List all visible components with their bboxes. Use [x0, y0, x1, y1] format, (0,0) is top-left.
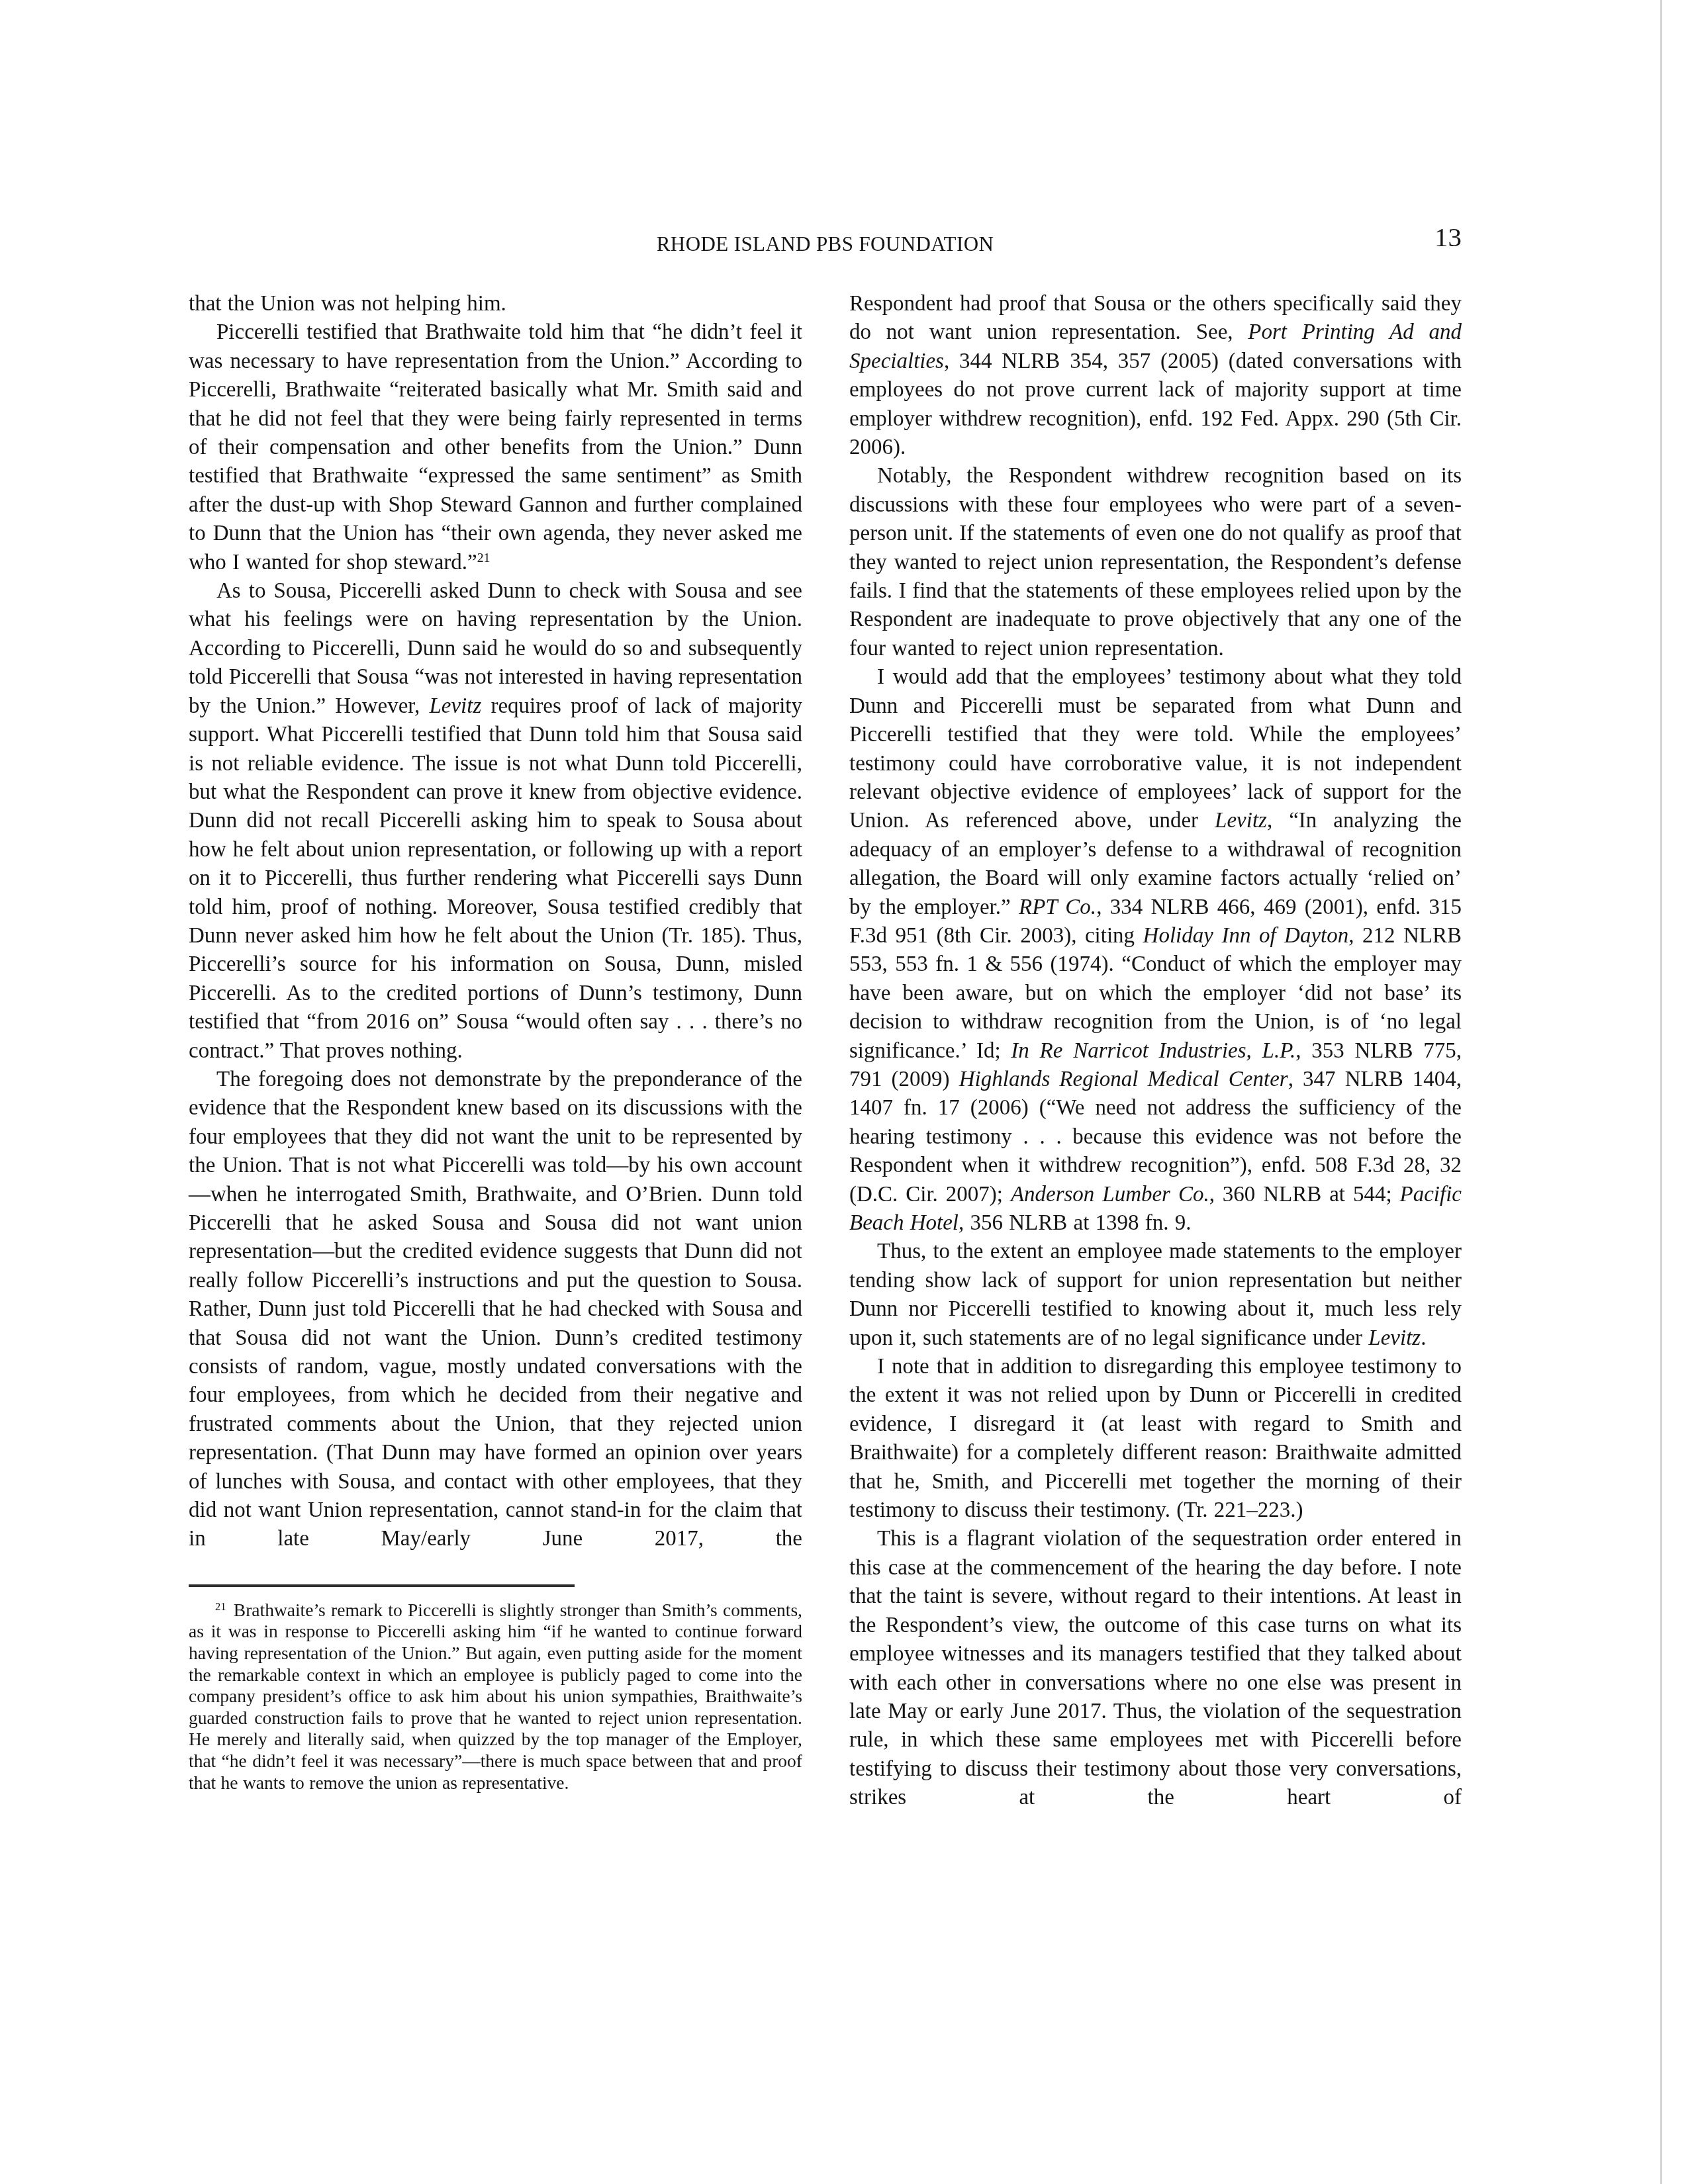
- footnote-reference-mark: 21: [215, 1600, 228, 1613]
- case-citation-italic: In Re Narricot Industries, L.P.: [1011, 1039, 1295, 1063]
- text-run: that the Union was not helping him.: [189, 292, 506, 316]
- paragraph: I note that in addition to disregarding …: [849, 1353, 1462, 1525]
- case-citation-italic: Levitz: [429, 694, 481, 718]
- case-citation-italic: Levitz: [1215, 809, 1267, 833]
- text-run: This is a flagrant violation of the sequ…: [849, 1527, 1462, 1809]
- case-citation-italic: RPT Co.: [1019, 895, 1096, 919]
- paragraph: Piccerelli testified that Brathwaite tol…: [189, 318, 802, 577]
- paragraph: I would add that the employees’ testimon…: [849, 663, 1462, 1238]
- paragraph: Thus, to the extent an employee made sta…: [849, 1238, 1462, 1353]
- case-citation-italic: Holiday Inn of Dayton: [1143, 924, 1349, 948]
- right-text-column: Respondent had proof that Sousa or the o…: [849, 290, 1462, 1813]
- text-run: I would add that the employees’ testimon…: [849, 665, 1462, 833]
- text-run: , 356 NLRB at 1398 fn. 9.: [959, 1211, 1192, 1235]
- paragraph: Notably, the Respondent withdrew recogni…: [849, 462, 1462, 663]
- scan-edge-artifact-line: [1660, 0, 1662, 2184]
- text-run: .: [1421, 1326, 1426, 1350]
- left-column-paragraphs: that the Union was not helping him.Picce…: [189, 290, 802, 1554]
- text-run: , 360 NLRB at 544;: [1209, 1183, 1400, 1206]
- footnote-reference-mark: 21: [477, 551, 492, 565]
- right-column-paragraphs: Respondent had proof that Sousa or the o…: [849, 290, 1462, 1813]
- left-text-column: that the Union was not helping him.Picce…: [189, 290, 802, 1794]
- case-citation-italic: Anderson Lumber Co.: [1011, 1183, 1209, 1206]
- page-number: 13: [1383, 221, 1462, 253]
- text-run: requires proof of lack of majority suppo…: [189, 694, 802, 1063]
- text-run: The foregoing does not demonstrate by th…: [189, 1068, 802, 1551]
- paragraph: that the Union was not helping him.: [189, 290, 802, 318]
- paragraph: As to Sousa, Piccerelli asked Dunn to ch…: [189, 577, 802, 1066]
- running-header-title: RHODE ISLAND PBS FOUNDATION: [189, 232, 1462, 256]
- footnote-block: 21 Brathwaite’s remark to Piccerelli is …: [189, 1600, 802, 1794]
- text-run: Brathwaite’s remark to Piccerelli is sli…: [189, 1600, 802, 1793]
- text-run: I note that in addition to disregarding …: [849, 1355, 1462, 1522]
- case-citation-italic: Highlands Regional Medical Center: [959, 1068, 1288, 1091]
- text-run: Piccerelli testified that Brathwaite tol…: [189, 320, 802, 574]
- paragraph: This is a flagrant violation of the sequ…: [849, 1525, 1462, 1812]
- case-citation-italic: Levitz: [1368, 1326, 1421, 1350]
- document-page: RHODE ISLAND PBS FOUNDATION 13 that the …: [0, 0, 1688, 2184]
- text-run: Notably, the Respondent withdrew recogni…: [849, 464, 1462, 660]
- paragraph: 21 Brathwaite’s remark to Piccerelli is …: [189, 1600, 802, 1794]
- footnote-separator-rule: [189, 1584, 575, 1587]
- paragraph: Respondent had proof that Sousa or the o…: [849, 290, 1462, 462]
- paragraph: The foregoing does not demonstrate by th…: [189, 1066, 802, 1554]
